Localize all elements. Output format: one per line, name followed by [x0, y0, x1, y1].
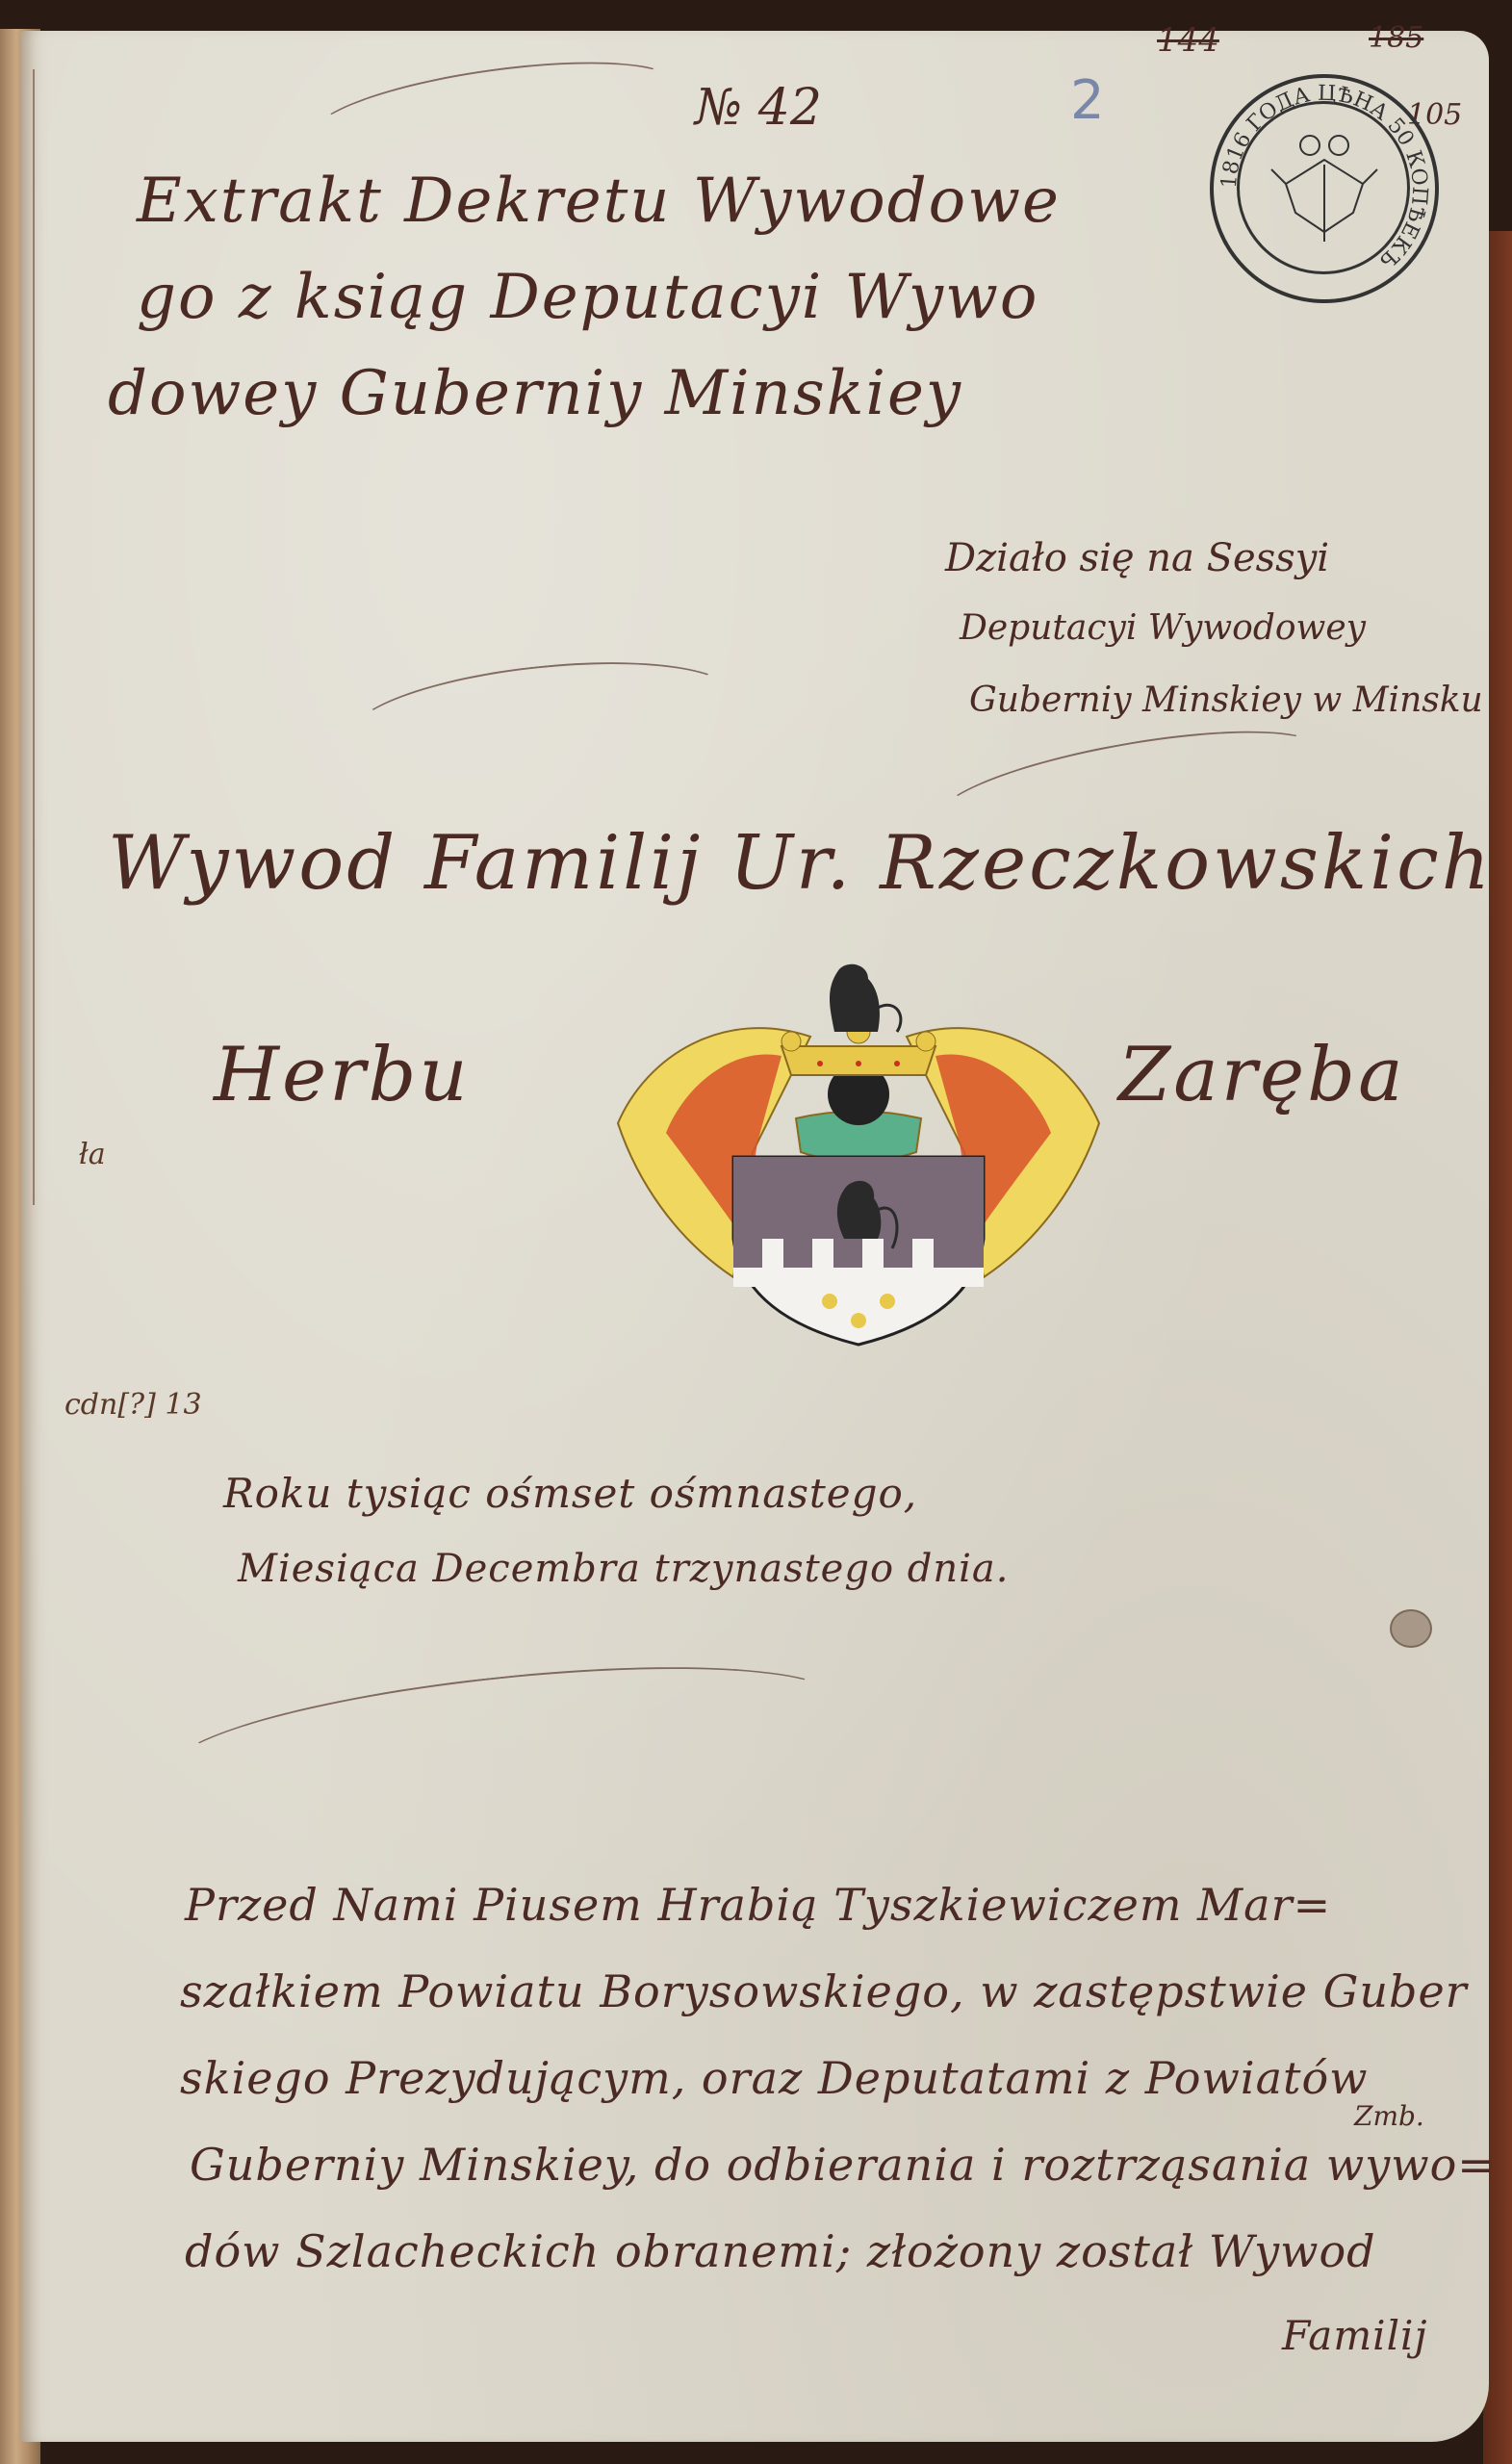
date-line-1: Roku tysiąc ośmset ośmnastego,: [223, 1470, 917, 1517]
session-note-line-3: Guberniy Minskiey w Minsku: [969, 680, 1483, 720]
body-line-3: skiego Prezydującym, oraz Deputatami z P…: [180, 2052, 1369, 2104]
date-line-2: Miesiąca Decembra trzynastego dnia.: [238, 1547, 1009, 1591]
double-headed-eagle-icon: [1267, 126, 1382, 251]
paper-stain: [1390, 1609, 1432, 1648]
body-line-1: Przed Nami Piusem Hrabią Tyszkiewiczem M…: [185, 1879, 1331, 1931]
page-fold-edge: [33, 69, 42, 1205]
heading-zareba: Zaręba: [1118, 1032, 1406, 1118]
revenue-stamp: 1816 ГОДА ЦѢНА 50 КОПѢЕКЪ: [1210, 74, 1439, 303]
session-note-line-1: Działo się na Sessyi: [945, 536, 1329, 580]
body-flourish: [161, 1642, 847, 1832]
coat-of-arms-zareba: [589, 950, 1128, 1354]
session-note-line-2: Deputacyi Wywodowey: [960, 608, 1366, 648]
date-margin-note: cdn[?] 13: [64, 1388, 202, 1422]
heading-wywod-familij: Wywod Familij Ur. Rzeczkowskich: [108, 820, 1493, 907]
body-line-5: dów Szlacheckich obranemi; złożony zosta…: [185, 2225, 1376, 2277]
heading-flourish-left: [345, 646, 742, 786]
title-line-1: Extrakt Dekretu Wywodowe: [137, 166, 1061, 237]
document-number: № 42: [695, 79, 822, 137]
interlinear-note: Zmb.: [1354, 2100, 1424, 2132]
title-line-3: dowey Guberniy Minskiey: [108, 358, 962, 429]
title-line-2: go z ksiąg Deputacyi Wywo: [137, 262, 1038, 333]
body-line-2: szałkiem Powiatu Borysowskiego, w zastęp…: [180, 1965, 1468, 2017]
crossed-number-2: 185: [1369, 21, 1423, 55]
pencil-page-number: 2: [1070, 69, 1105, 132]
document-page: № 42 2 144 185 105 1816 ГОДА ЦѢНА 50 КОП…: [21, 31, 1489, 2442]
title-flourish: [306, 44, 683, 176]
body-line-4: Guberniy Minskiey, do odbierania i roztr…: [190, 2139, 1496, 2191]
catchword: Familij: [1282, 2312, 1427, 2359]
crossed-number-1: 144: [1157, 21, 1219, 60]
heading-herbu: Herbu: [214, 1032, 471, 1118]
margin-note-left: ła: [79, 1138, 106, 1171]
